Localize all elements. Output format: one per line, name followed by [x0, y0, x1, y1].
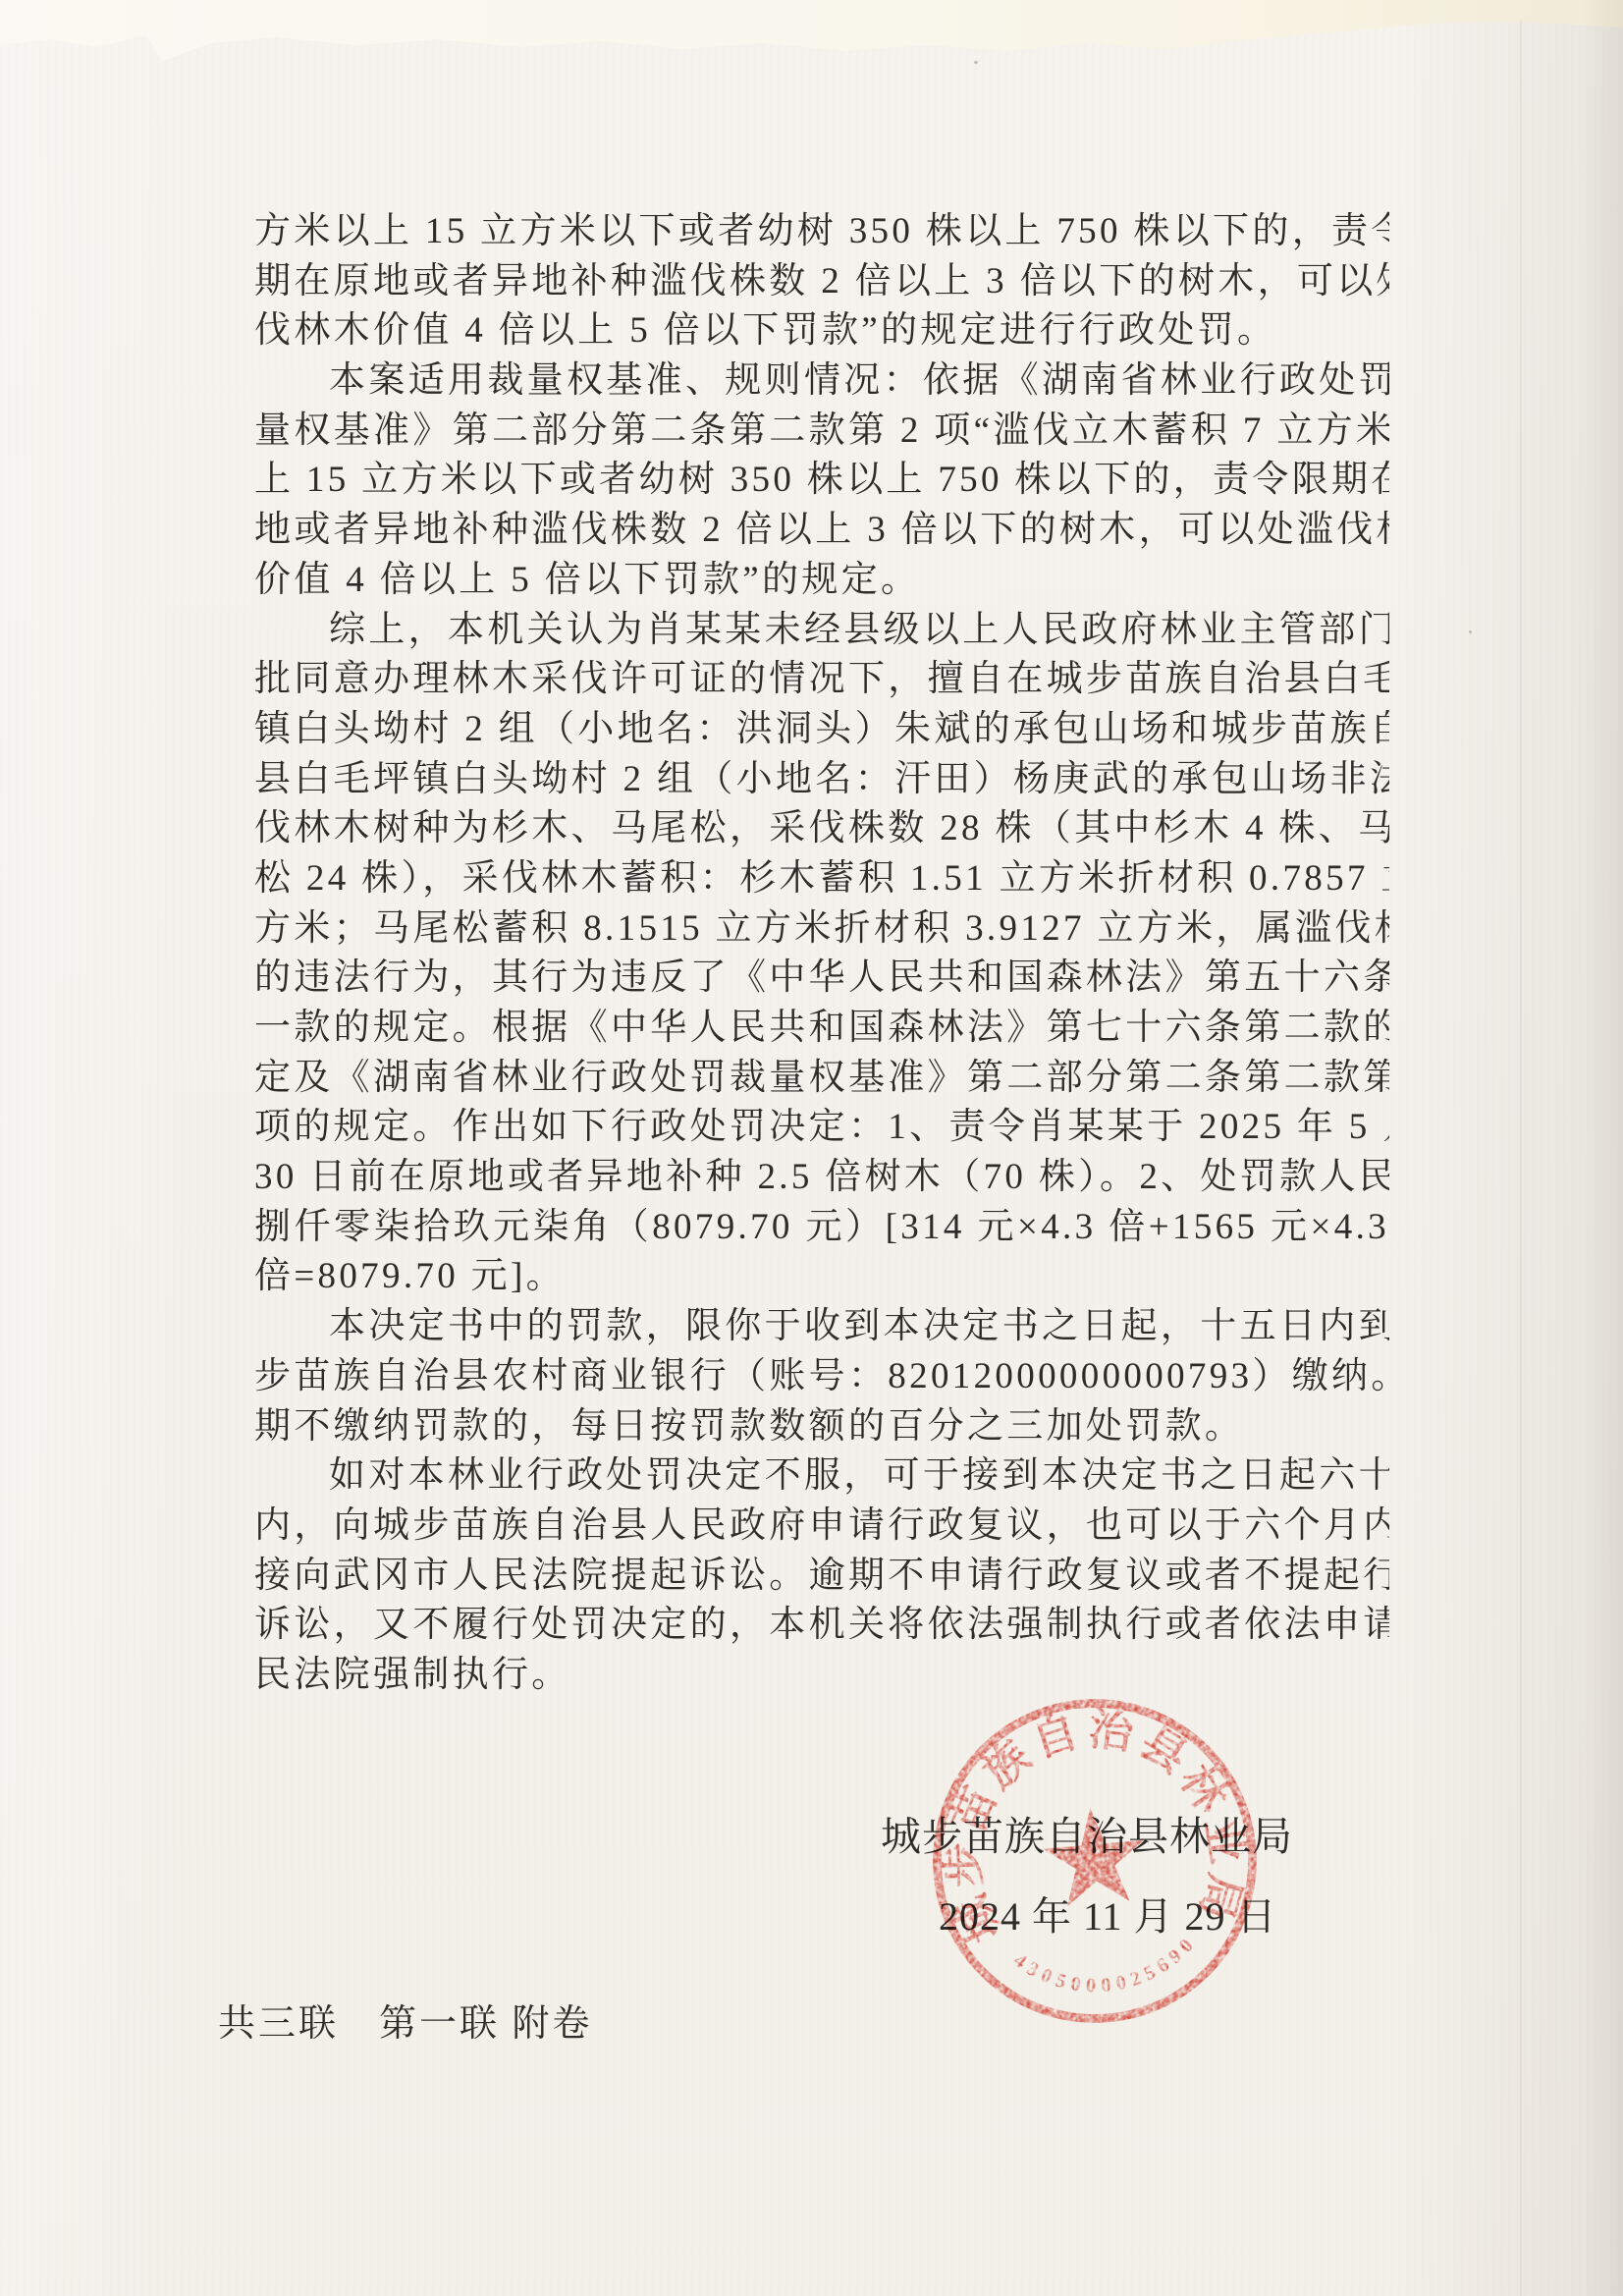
body-line: 接向武冈市人民法院提起诉讼。逾期不申请行政复议或者不提起行政 [254, 1552, 1389, 1602]
body-line: 本决定书中的罚款，限你于收到本决定书之日起，十五日内到城 [254, 1302, 1389, 1352]
body-line: 县白毛坪镇白头坳村 2 组（小地名：汗田）杨庚武的承包山场非法滥 [254, 755, 1389, 805]
seal-star-icon [1040, 1804, 1149, 1909]
official-red-seal: 城步苗族自治县林业局 4305000025690 [909, 1675, 1279, 2046]
body-line: 如对本林业行政处罚决定不服，可于接到本决定书之日起六十日 [254, 1451, 1389, 1502]
body-line: 价值 4 倍以上 5 倍以下罚款”的规定。 [254, 556, 1389, 606]
body-line: 方米；马尾松蓄积 8.1515 立方米折材积 3.9127 立方米，属滥伐林木 [254, 904, 1389, 955]
scan-speck [1469, 630, 1472, 633]
body-line: 的违法行为，其行为违反了《中华人民共和国森林法》第五十六条第 [254, 954, 1389, 1004]
copies-footer-note: 共三联 第一联 附卷 [218, 2005, 593, 2043]
body-line: 定及《湖南省林业行政处罚裁量权基准》第二部分第二条第二款第 2 [254, 1054, 1389, 1104]
scan-crease-line [1520, 20, 1522, 2296]
body-line: 30 日前在原地或者异地补种 2.5 倍树木（70 株）。2、处罚款人民币 [254, 1153, 1389, 1203]
body-line: 项的规定。作出如下行政处罚决定：1、责令肖某某于 2025 年 5 月 [254, 1103, 1389, 1153]
body-line: 伐林木树种为杉木、马尾松，采伐株数 28 株（其中杉木 4 株、马尾 [254, 804, 1389, 854]
body-line: 地或者异地补种滥伐株数 2 倍以上 3 倍以下的树木，可以处滥伐林木 [254, 506, 1389, 556]
body-line: 诉讼，又不履行处罚决定的，本机关将依法强制执行或者依法申请人 [254, 1601, 1389, 1651]
torn-paper-top-edge [0, 0, 1623, 90]
body-line: 伐林木价值 4 倍以上 5 倍以下罚款”的规定进行行政处罚。 [254, 306, 1389, 356]
body-line: 镇白头坳村 2 组（小地名：洪洞头）朱斌的承包山场和城步苗族自治 [254, 705, 1389, 755]
body-line: 期不缴纳罚款的，每日按罚款数额的百分之三加处罚款。 [254, 1402, 1389, 1452]
scan-speck [974, 61, 978, 64]
body-line: 内，向城步苗族自治县人民政府申请行政复议，也可以于六个月内直 [254, 1502, 1389, 1552]
body-line: 倍=8079.70 元]。 [254, 1252, 1389, 1302]
scan-right-shadow [1582, 0, 1623, 2296]
body-line: 一款的规定。根据《中华人民共和国森林法》第七十六条第二款的规 [254, 1004, 1389, 1054]
body-line: 上 15 立方米以下或者幼树 350 株以上 750 株以下的，责令限期在原 [254, 456, 1389, 506]
body-line: 步苗族自治县农村商业银行（账号：82012000000000793）缴纳。到 [254, 1352, 1389, 1402]
body-line: 批同意办理林木采伐许可证的情况下，擅自在城步苗族自治县白毛坪 [254, 655, 1389, 705]
scanned-penalty-decision-page: 方米以上 15 立方米以下或者幼树 350 株以上 750 株以下的，责令限 期… [0, 0, 1623, 2296]
body-line: 综上，本机关认为肖某某未经县级以上人民政府林业主管部门审 [254, 606, 1389, 656]
body-line: 期在原地或者异地补种滥伐株数 2 倍以上 3 倍以下的树木，可以处滥 [254, 257, 1389, 307]
body-line: 方米以上 15 立方米以下或者幼树 350 株以上 750 株以下的，责令限 [254, 207, 1389, 257]
body-line: 松 24 株），采伐林木蓄积：杉木蓄积 1.51 立方米折材积 0.7857 立 [254, 854, 1389, 904]
body-line: 本案适用裁量权基准、规则情况：依据《湖南省林业行政处罚裁 [254, 356, 1389, 407]
body-line: 捌仟零柒拾玖元柒角（8079.70 元）[314 元×4.3 倍+1565 元×… [254, 1203, 1389, 1253]
decision-body-text: 方米以上 15 立方米以下或者幼树 350 株以上 750 株以下的，责令限 期… [254, 207, 1389, 1701]
body-line: 量权基准》第二部分第二条第二款第 2 项“滥伐立木蓄积 7 立方米以 [254, 407, 1389, 457]
